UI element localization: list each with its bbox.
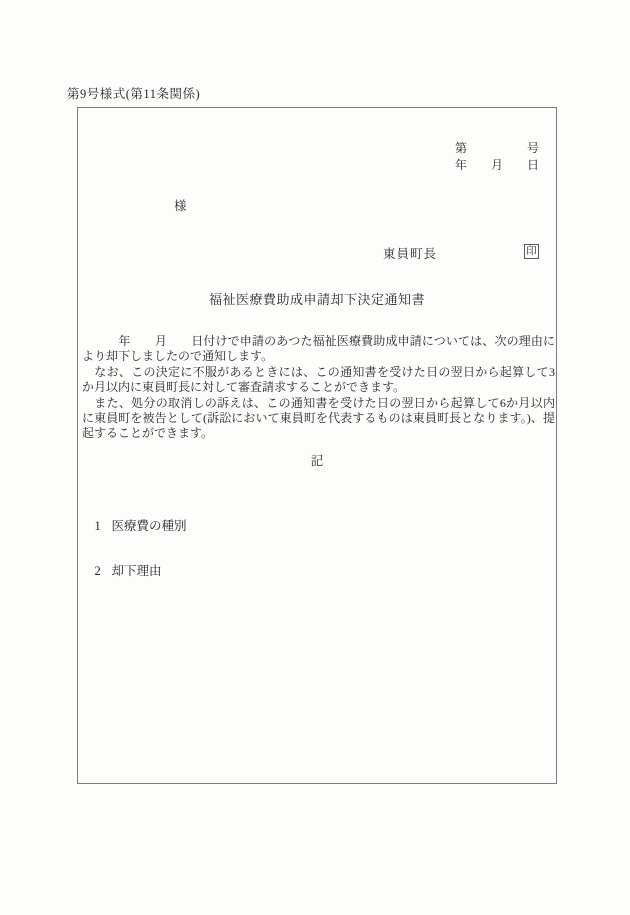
ki-section-marker: 記	[78, 451, 556, 469]
sender-row: 東員町長 印	[78, 242, 556, 260]
body-paragraph-lawsuit: また、処分の取消しの訴えは、この通知書を受けた日の翌日から起算して6か月以内に東…	[82, 396, 555, 442]
document-page: { "page": { "form_label": "第9号様式(第11条関係)…	[0, 0, 630, 915]
addressee-honorific: 様	[174, 196, 187, 214]
document-frame: 第 号 年 月 日 様 東員町長 印 福祉医療費助成申請却下決定通知書 年 月 …	[77, 107, 557, 784]
item-label: 却下理由	[112, 564, 162, 578]
document-number-line: 第 号	[455, 139, 539, 156]
item-label: 医療費の種別	[112, 519, 187, 533]
body-paragraph-notification: 年 月 日付けで申請のあつた福祉医療費助成申請については、次の理由により却下しま…	[82, 334, 555, 365]
seal-placeholder: 印	[524, 244, 539, 259]
list-item-medical-expense-type: 1医療費の種別	[82, 501, 187, 549]
item-number: 1	[95, 519, 112, 534]
document-date-line: 年 月 日	[455, 156, 539, 173]
sender-title: 東員町長	[383, 244, 437, 262]
document-title: 福祉医療費助成申請却下決定通知書	[78, 289, 556, 308]
body-text-block: 年 月 日付けで申請のあつた福祉医療費助成申請については、次の理由により却下しま…	[82, 334, 555, 442]
form-number-label: 第9号様式(第11条関係)	[67, 84, 200, 102]
body-paragraph-appeal: なお、この決定に不服があるときには、この通知書を受けた日の翌日から起算して3か月…	[82, 365, 555, 396]
list-item-rejection-reason: 2却下理由	[82, 546, 162, 594]
item-number: 2	[95, 564, 112, 579]
